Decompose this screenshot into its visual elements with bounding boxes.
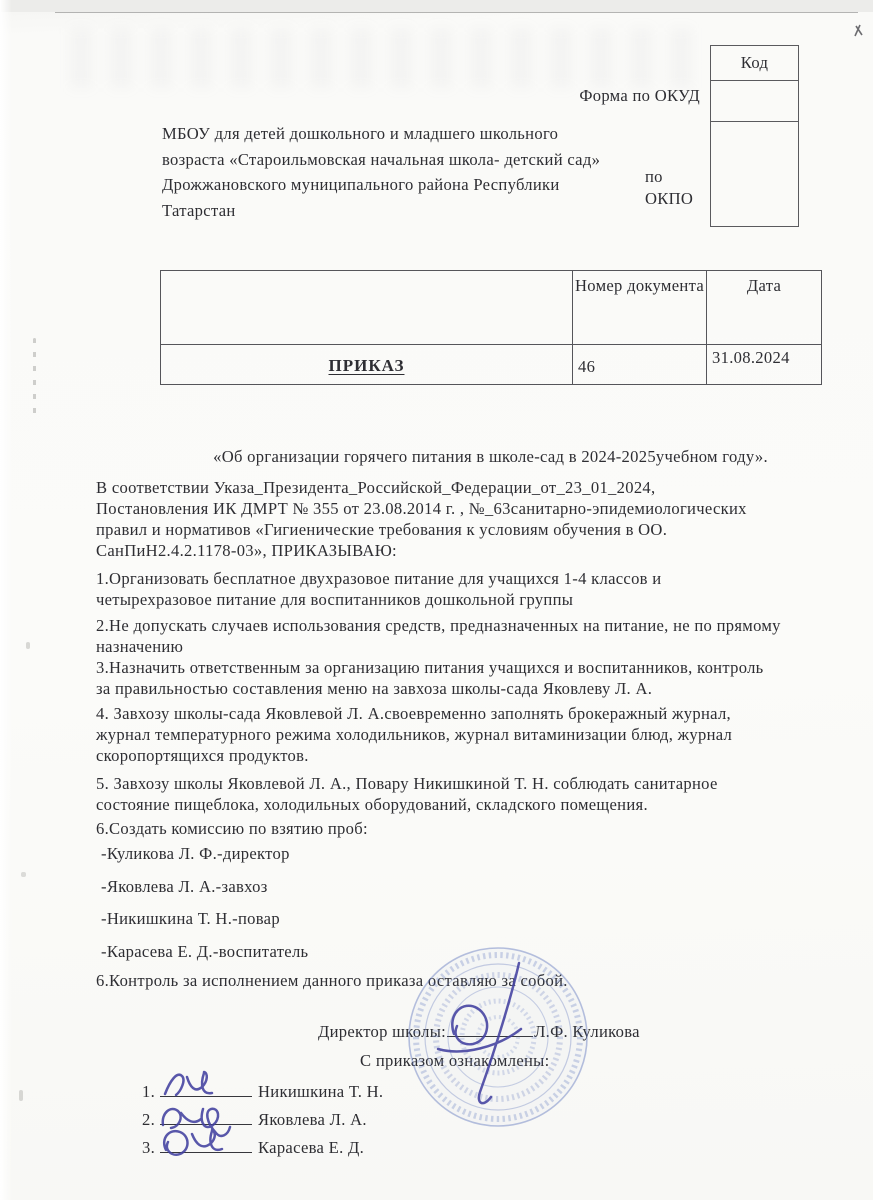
organization-name: МБОУ для детей дошкольного и младшего шк… bbox=[162, 121, 682, 223]
signature-underline bbox=[447, 1021, 533, 1037]
control-paragraph: 6.Контроль за исполнением данного приказ… bbox=[96, 971, 568, 991]
item-line: назначению bbox=[96, 636, 838, 657]
okud-form-label: Форма по ОКУД bbox=[540, 86, 700, 106]
ack-name: Яковлева Л. А. bbox=[258, 1110, 367, 1130]
item-line: 2.Не допускать случаев использования сре… bbox=[96, 615, 838, 636]
item-line: 1.Организовать бесплатное двухразовое пи… bbox=[96, 568, 838, 589]
order-title: ПРИКАЗ bbox=[329, 356, 405, 375]
okud-code-cell-empty bbox=[711, 81, 798, 122]
director-signature-row: Директор школы:Л.Ф. Куликова bbox=[318, 1021, 640, 1042]
order-title-cell: ПРИКАЗ bbox=[161, 345, 572, 384]
ack-number: 1. bbox=[142, 1082, 160, 1102]
table-cell-empty bbox=[161, 271, 572, 344]
item-line: состояние пищеблока, холодильных оборудо… bbox=[96, 794, 838, 815]
acknowledged-row: 2. Яковлева Л. А. bbox=[142, 1109, 383, 1130]
item-line: четырехразовое питание для воспитанников… bbox=[96, 589, 838, 610]
code-box-header: Код bbox=[711, 46, 798, 81]
document-page: Код Форма по ОКУД по ОКПО МБОУ для детей… bbox=[0, 0, 873, 1200]
okud-code-box: Код bbox=[710, 45, 799, 227]
org-name-line: МБОУ для детей дошкольного и младшего шк… bbox=[162, 121, 682, 147]
item-line: 3.Назначить ответственным за организацию… bbox=[96, 657, 838, 678]
bleed-through-ghost bbox=[70, 28, 710, 88]
director-name: Л.Ф. Куликова bbox=[534, 1022, 640, 1041]
ack-number: 3. bbox=[142, 1138, 160, 1158]
commission-member: -Никишкина Т. Н.-повар bbox=[101, 908, 838, 929]
margin-smudge bbox=[21, 872, 26, 877]
table-header-row: Номер документа Дата bbox=[161, 271, 821, 345]
ack-name: Никишкина Т. Н. bbox=[258, 1082, 383, 1102]
org-name-line: возраста «Староильмовская начальная школ… bbox=[162, 147, 682, 173]
scan-speck bbox=[855, 25, 862, 36]
ack-name: Карасева Е. Д. bbox=[258, 1138, 364, 1158]
preamble-line: СанПиН2.4.2.1178-03», ПРИКАЗЫВАЮ: bbox=[96, 540, 838, 561]
order-item-6: 6.Создать комиссию по взятию проб: bbox=[96, 818, 838, 839]
item-line: журнал температурного режима холодильник… bbox=[96, 724, 838, 745]
order-item-5: 5. Завхозу школы Яковлевой Л. А., Повару… bbox=[96, 773, 838, 815]
order-subject: «Об организации горячего питания в школе… bbox=[123, 447, 858, 467]
signature-underline bbox=[160, 1081, 252, 1097]
order-number: 46 bbox=[572, 345, 706, 384]
table-header-number: Номер документа bbox=[572, 271, 706, 344]
margin-smudge bbox=[33, 338, 36, 418]
order-item-2: 2.Не допускать случаев использования сре… bbox=[96, 615, 838, 657]
margin-smudge bbox=[26, 642, 30, 649]
ack-number: 2. bbox=[142, 1110, 160, 1130]
item-line: 5. Завхозу школы Яковлевой Л. А., Повару… bbox=[96, 773, 838, 794]
item-line: 4. Завхозу школы-сада Яковлевой Л. А.сво… bbox=[96, 703, 838, 724]
commission-member: -Карасева Е. Д.-воспитатель bbox=[101, 941, 838, 962]
order-item-3: 3.Назначить ответственным за организацию… bbox=[96, 657, 838, 699]
scan-edge-line bbox=[55, 12, 858, 13]
commission-member: -Яковлева Л. А.-завхоз bbox=[101, 876, 838, 897]
signature-underline bbox=[160, 1109, 252, 1125]
preamble-paragraph: В соответствии Указа_Президента_Российск… bbox=[96, 477, 838, 561]
preamble-line: В соответствии Указа_Президента_Российск… bbox=[96, 477, 838, 498]
item-line: за правильностью составления меню на зав… bbox=[96, 678, 838, 699]
preamble-line: Постановления ИК ДМРТ № 355 от 23.08.201… bbox=[96, 498, 838, 519]
order-header-table: Номер документа Дата ПРИКАЗ 46 31.08.202… bbox=[160, 270, 822, 385]
org-name-line: Дрожжановского муниципального района Рес… bbox=[162, 172, 682, 198]
table-body-row: ПРИКАЗ 46 31.08.2024 bbox=[161, 345, 821, 384]
margin-smudge bbox=[19, 1090, 23, 1101]
org-name-line: Татарстан bbox=[162, 198, 682, 224]
order-item-4: 4. Завхозу школы-сада Яковлевой Л. А.сво… bbox=[96, 703, 838, 766]
preamble-line: правил и нормативов «Гигиенические требо… bbox=[96, 519, 838, 540]
item-line: скоропортящихся продуктов. bbox=[96, 745, 838, 766]
order-body: В соответствии Указа_Президента_Российск… bbox=[96, 477, 838, 973]
scan-top-edge bbox=[0, 0, 873, 12]
table-header-date: Дата bbox=[706, 271, 821, 344]
order-item-1: 1.Организовать бесплатное двухразовое пи… bbox=[96, 568, 838, 610]
acknowledged-row: 3. Карасева Е. Д. bbox=[142, 1137, 383, 1158]
scan-left-edge bbox=[0, 0, 12, 1200]
order-date: 31.08.2024 bbox=[706, 345, 821, 384]
commission-member: -Куликова Л. Ф.-директор bbox=[101, 843, 838, 864]
acknowledged-row: 1. Никишкина Т. Н. bbox=[142, 1081, 383, 1102]
acknowledged-list: 1. Никишкина Т. Н. 2. Яковлева Л. А. 3. … bbox=[142, 1081, 383, 1165]
acknowledged-heading: С приказом ознакомлены: bbox=[360, 1051, 550, 1071]
signature-underline bbox=[160, 1137, 252, 1153]
director-label: Директор школы: bbox=[318, 1022, 446, 1041]
